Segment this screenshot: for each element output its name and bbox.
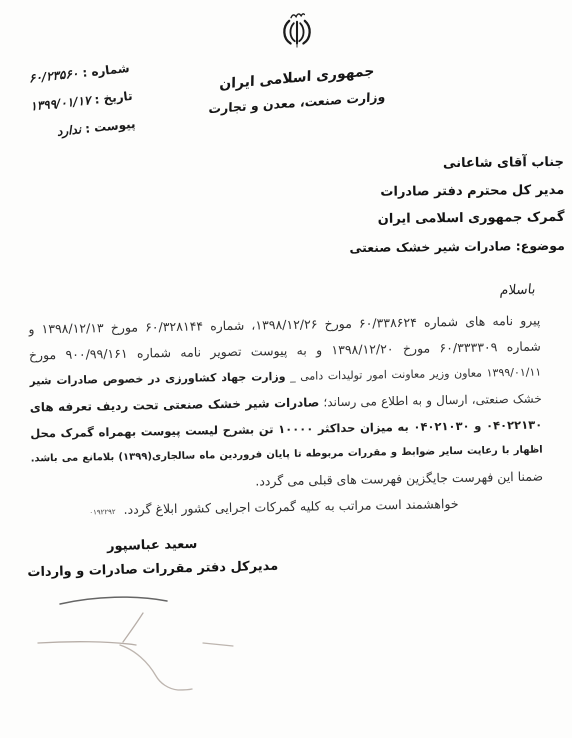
signatory-name: سعید عباسپور <box>25 535 280 557</box>
meta-date-value: ۱۳۹۹/۰۱/۱۷ <box>30 93 91 113</box>
handwritten-signature-scribble <box>20 590 270 715</box>
recipient-name: جناب آقای شاعانی <box>348 149 564 179</box>
meta-number-value: ۶۰/۲۳۵۶۰ <box>28 66 79 85</box>
recipient-block: جناب آقای شاعانی مدیر کل محترم دفتر صادر… <box>348 149 564 261</box>
body-line-8-text: خواهشمند است مراتب به کلیه گمرکات اجرایی… <box>123 496 458 517</box>
body-line-2-text: شماره ۶۰/۳۳۳۳۰۹ مورخ ۱۳۹۸/۱۲/۲۰ و به پیو… <box>29 339 541 363</box>
meta-date-label: تاریخ : <box>94 89 133 107</box>
letter-sheet: جمهوری اسلامی ایران وزارت صنعت، معدن و ت… <box>0 0 572 738</box>
meta-number-label: شماره : <box>82 61 131 80</box>
recipient-org: گمرک جمهوری اسلامی ایران <box>349 204 565 234</box>
signature-block: سعید عباسپور مدیرکل دفتر مقررات صادرات و… <box>25 535 281 581</box>
body-line-3-text: ۱۳۹۹/۰۱/۱۱ معاون وزیر معاونت امور تولیدا… <box>290 366 541 383</box>
registry-stamp-number: ۰۱۹۲۲۹۲ <box>89 508 115 516</box>
letter-body: پیرو نامه های شماره ۶۰/۳۳۸۶۲۴ مورخ ۱۳۹۸/… <box>28 308 544 525</box>
meta-attachment-label: پیوست : <box>84 117 136 136</box>
subject-line: موضوع: صادرات شیر خشک صنعتی <box>349 231 565 261</box>
letter-meta: شماره : ۶۰/۲۳۵۶۰ تاریخ : ۱۳۹۹/۰۱/۱۷ پیوس… <box>7 54 137 150</box>
body-line-5-text: ۰۴۰۲۲۱۳۰ و ۰۴۰۲۱۰۳۰ به میزان حداکثر ۱۰۰۰… <box>30 418 542 441</box>
iran-national-emblem-icon <box>274 8 320 66</box>
body-line-1-text: پیرو نامه های شماره ۶۰/۳۳۸۶۲۴ مورخ ۱۳۹۸/… <box>28 313 540 337</box>
body-line-4-bold-text: صادرات شیر خشک صنعتی تحت ردیف تعرفه های <box>30 395 320 414</box>
body-line-4-text: خشک صنعتی، ارسال و به اطلاع می رساند؛ <box>323 392 542 410</box>
body-line-7-text: ضمنا این فهرست جایگزین فهرست های قبلی می… <box>255 469 543 489</box>
signatory-title: مدیرکل دفتر مقررات صادرات و واردات <box>25 559 280 581</box>
meta-attachment-value: ندارد <box>56 122 81 138</box>
recipient-title: مدیر کل محترم دفتر صادرات <box>348 176 564 206</box>
org-name-country: جمهوری اسلامی ایران <box>219 63 374 93</box>
body-line-6-text: اظهار با رعایت سایر ضوابط و مقررات مربوط… <box>31 445 543 465</box>
body-line-3-bold-text: وزارت جهاد کشاورزی در خصوص صادرات شیر <box>29 370 285 387</box>
salutation: باسلام <box>500 281 537 298</box>
